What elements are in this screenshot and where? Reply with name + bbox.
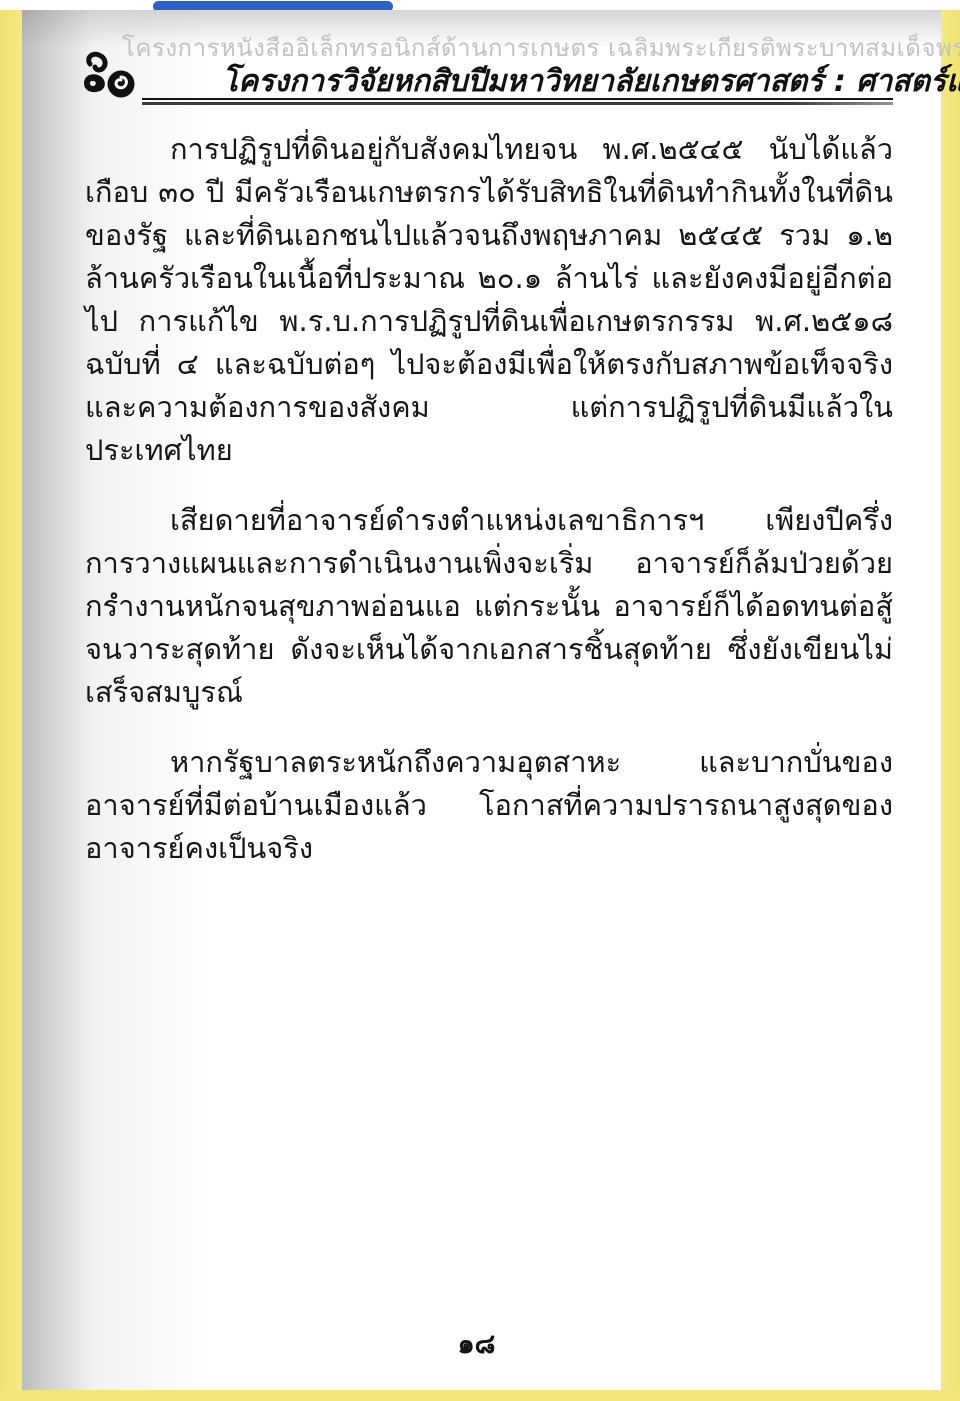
yellow-frame-left xyxy=(0,10,22,1401)
paragraph-land-reform: การปฏิรูปที่ดินอยู่กับสังคมไทยจน พ.ศ.๒๕๔… xyxy=(85,128,893,472)
yellow-frame-bottom xyxy=(0,1390,960,1401)
yellow-frame-right xyxy=(941,10,960,1401)
scanned-page: โครงการหนังสืออิเล็กทรอนิกส์ด้านการเกษตร… xyxy=(22,10,941,1390)
page-number: ๑๘ xyxy=(22,1322,931,1365)
page-body-text: การปฏิรูปที่ดินอยู่กับสังคมไทยจน พ.ศ.๒๕๔… xyxy=(85,128,893,897)
ku-60-logo-icon xyxy=(80,50,140,104)
paragraph-government: หากรัฐบาลตระหนักถึงความอุตสาหะ และบากบั่… xyxy=(85,741,893,870)
paragraph-regret: เสียดายที่อาจารย์ดำรงตำแหน่งเลขาธิการฯ เ… xyxy=(85,499,893,714)
title-underline xyxy=(142,98,893,105)
